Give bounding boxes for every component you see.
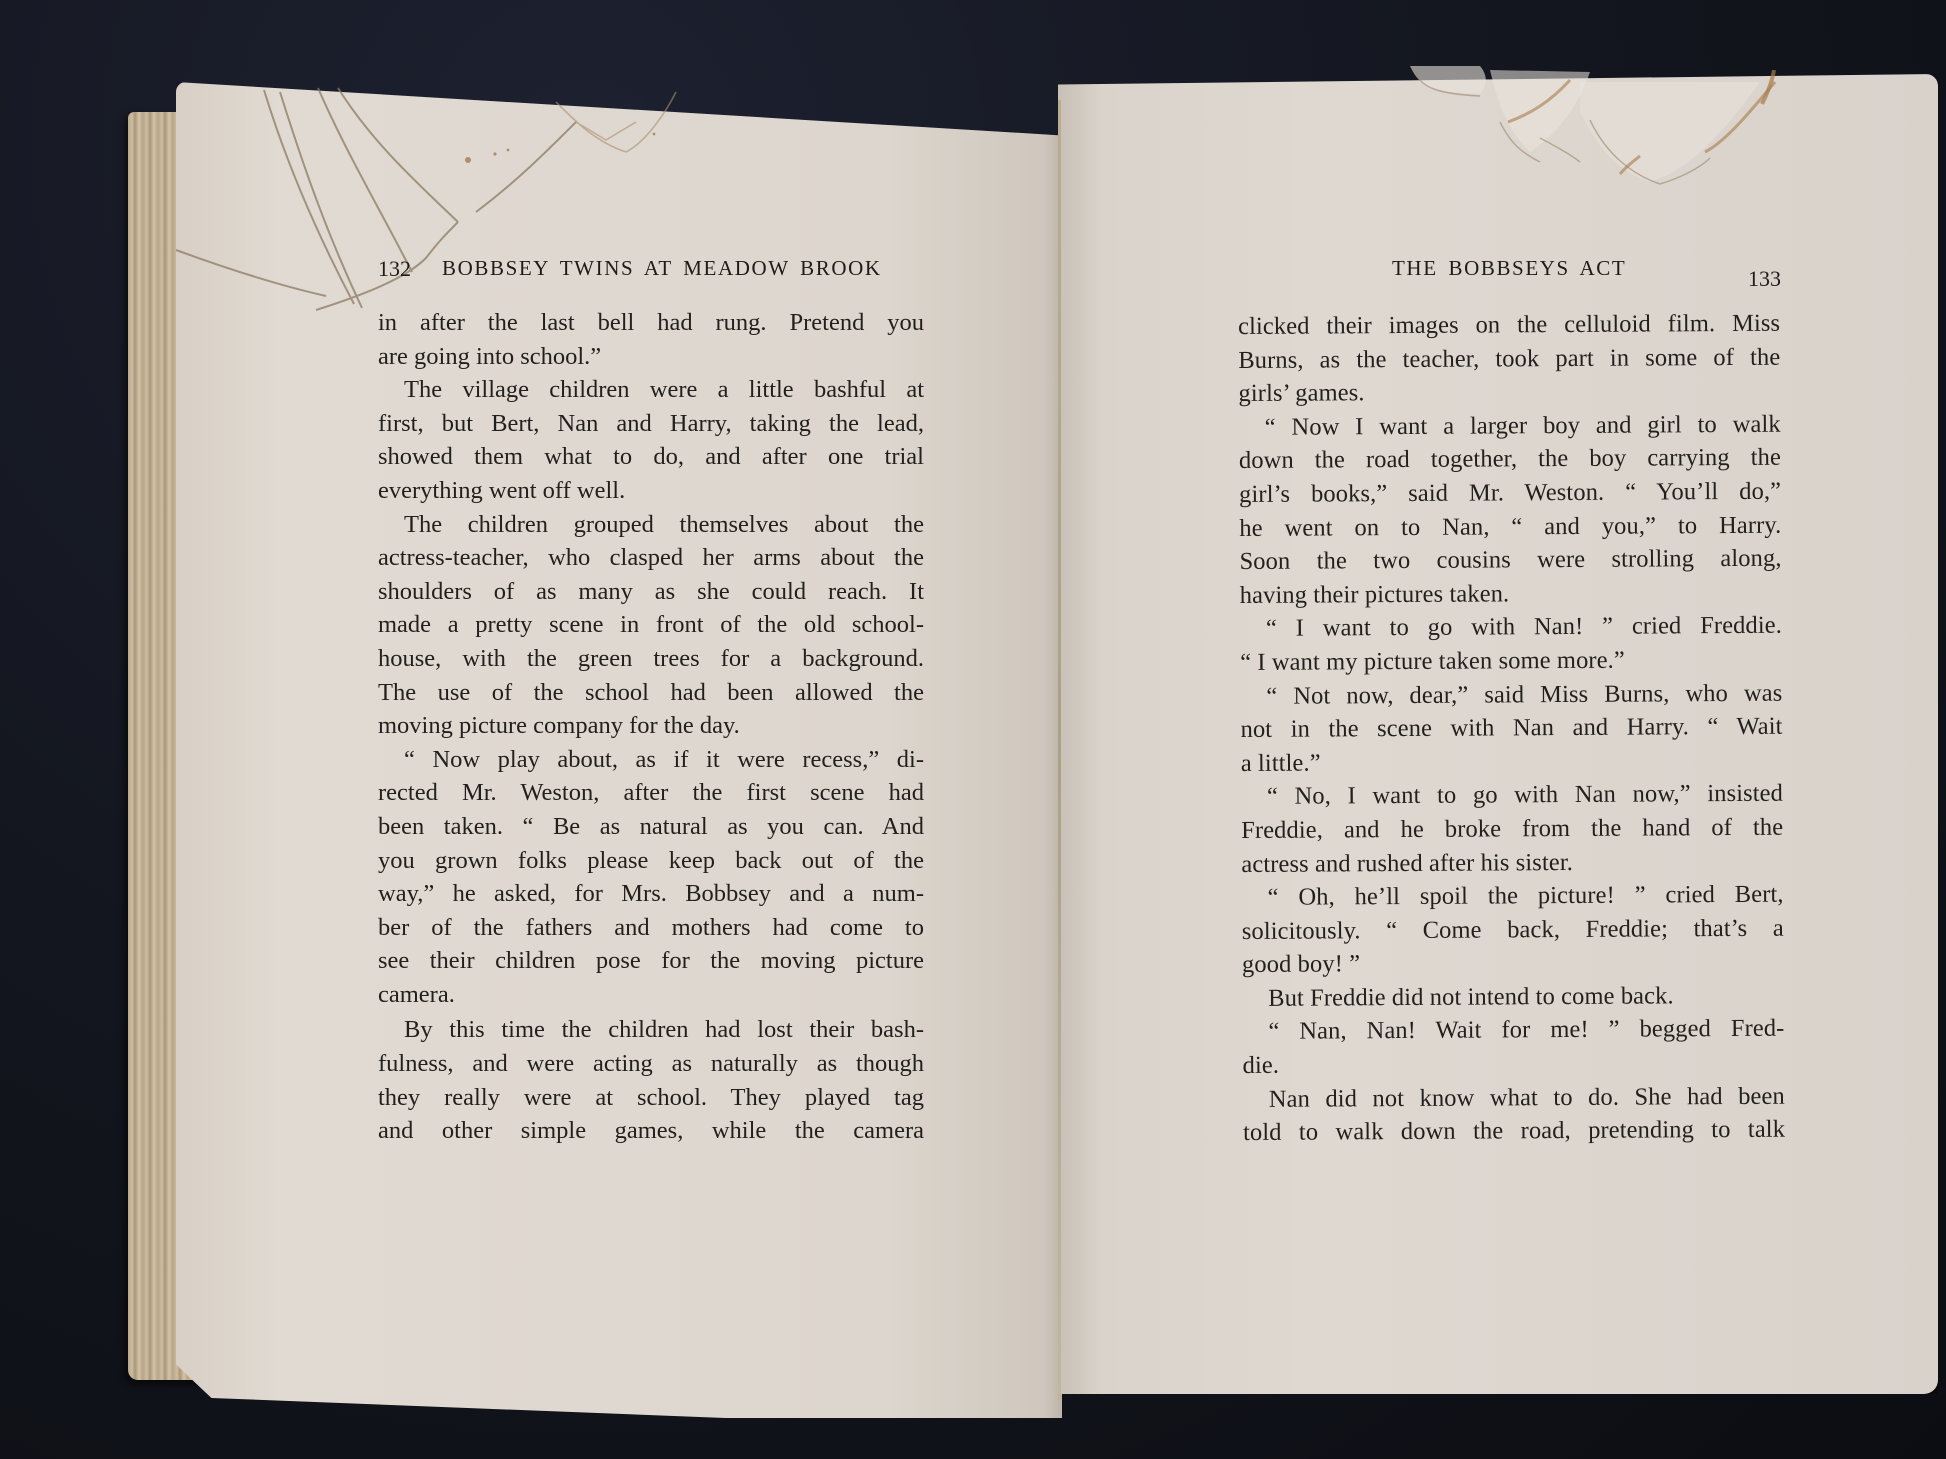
text-line: shoulders of as many as she could reach.… <box>378 575 924 609</box>
text-line: fulness, and were acting as naturally as… <box>378 1047 924 1081</box>
left-running-head: BOBBSEY TWINS AT MEADOW BROOK <box>442 256 882 281</box>
text-line: and other simple games, while the camera <box>378 1114 924 1148</box>
text-line: he went on to Nan, “ and you,” to Harry. <box>1239 508 1781 545</box>
book-photo-scene: 132 BOBBSEY TWINS AT MEADOW BROOK THE BO… <box>0 0 1946 1459</box>
text-line: girls’ games. <box>1238 374 1780 411</box>
text-line: good boy! ” <box>1242 945 1784 982</box>
text-line: “ I want to go with Nan! ” cried Freddie… <box>1240 609 1782 646</box>
right-page-number: 133 <box>1748 266 1781 292</box>
text-line: showed them what to do, and after one tr… <box>378 440 924 474</box>
text-line: ber of the fathers and mothers had come … <box>378 911 924 945</box>
right-page-body-text: clicked their images on the celluloid fi… <box>1238 307 1785 1150</box>
text-line: clicked their images on the celluloid fi… <box>1238 307 1780 344</box>
text-line: told to walk down the road, pretending t… <box>1243 1113 1785 1150</box>
left-page-body-text: in after the last bell had rung. Pretend… <box>378 306 924 1148</box>
text-line: way,” he asked, for Mrs. Bobbsey and a n… <box>378 877 924 911</box>
left-page-number: 132 <box>378 256 411 282</box>
text-line: “ Now play about, as if it were recess,”… <box>378 743 924 777</box>
text-line: are going into school.” <box>378 340 924 374</box>
text-line: a little.” <box>1241 743 1783 780</box>
text-line: moving picture company for the day. <box>378 709 924 743</box>
text-line: Freddie, and he broke from the hand of t… <box>1241 811 1783 848</box>
text-line: Soon the two cousins were strolling alon… <box>1239 542 1781 579</box>
text-line: Burns, as the teacher, took part in some… <box>1238 340 1780 377</box>
text-line: house, with the green trees for a backgr… <box>378 642 924 676</box>
book-spine-gutter <box>1058 100 1061 1400</box>
text-line: rected Mr. Weston, after the first scene… <box>378 776 924 810</box>
text-line: Nan did not know what to do. She had bee… <box>1243 1079 1785 1116</box>
text-line: The children grouped themselves about th… <box>378 508 924 542</box>
text-line: By this time the children had lost their… <box>378 1013 924 1047</box>
text-line: actress and rushed after his sister. <box>1241 844 1783 881</box>
text-line: first, but Bert, Nan and Harry, taking t… <box>378 407 924 441</box>
text-line: made a pretty scene in front of the old … <box>378 608 924 642</box>
text-line: been taken. “ Be as natural as you can. … <box>378 810 924 844</box>
text-line: see their children pose for the moving p… <box>378 944 924 978</box>
text-line: they really were at school. They played … <box>378 1081 924 1115</box>
text-line: actress-teacher, who clasped her arms ab… <box>378 541 924 575</box>
text-line: everything went off well. <box>378 474 924 508</box>
text-line: die. <box>1243 1046 1785 1083</box>
text-line: “ No, I want to go with Nan now,” insist… <box>1241 777 1783 814</box>
text-line: in after the last bell had rung. Pretend… <box>378 306 924 340</box>
text-line: “ Now I want a larger boy and girl to wa… <box>1239 407 1781 444</box>
text-line: you grown folks please keep back out of … <box>378 844 924 878</box>
text-line: The village children were a little bashf… <box>378 373 924 407</box>
text-line: “ Not now, dear,” said Miss Burns, who w… <box>1240 676 1782 713</box>
right-running-head: THE BOBBSEYS ACT <box>1392 256 1626 281</box>
text-line: girl’s books,” said Mr. Weston. “ You’ll… <box>1239 475 1781 512</box>
text-line: not in the scene with Nan and Harry. “ W… <box>1240 710 1782 747</box>
text-line: The use of the school had been allowed t… <box>378 676 924 710</box>
text-line: But Freddie did not intend to come back. <box>1242 979 1784 1016</box>
text-line: “ I want my picture taken some more.” <box>1240 643 1782 680</box>
text-line: “ Oh, he’ll spoil the picture! ” cried B… <box>1241 878 1783 915</box>
text-line: down the road together, the boy carrying… <box>1239 441 1781 478</box>
text-line: camera. <box>378 978 924 1012</box>
text-line: solicitously. “ Come back, Freddie; that… <box>1242 911 1784 948</box>
text-line: having their pictures taken. <box>1240 575 1782 612</box>
text-line: “ Nan, Nan! Wait for me! ” begged Fred- <box>1242 1012 1784 1049</box>
